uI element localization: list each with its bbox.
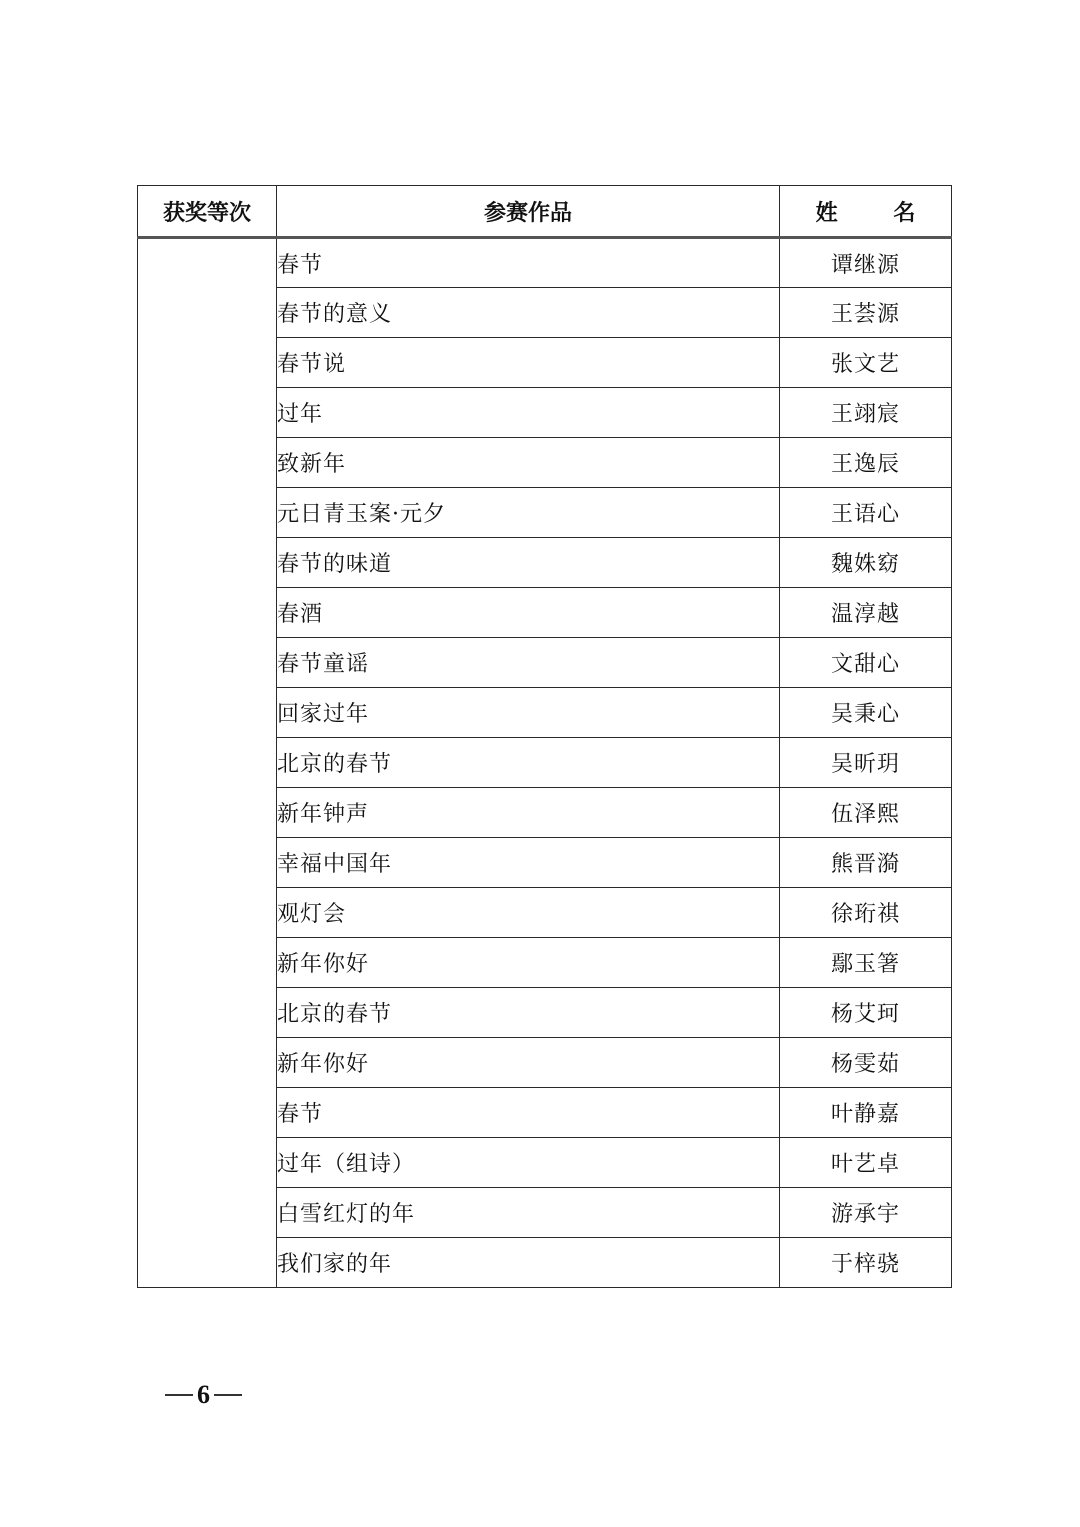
entry-work-cell: 幸福中国年 bbox=[277, 838, 780, 888]
entrant-name-cell: 叶艺卓 bbox=[780, 1138, 952, 1188]
entry-work-cell: 白雪红灯的年 bbox=[277, 1188, 780, 1238]
header-award-rank: 获奖等次 bbox=[138, 186, 277, 238]
entrant-name-cell: 杨艾珂 bbox=[780, 988, 952, 1038]
entry-work-cell: 观灯会 bbox=[277, 888, 780, 938]
entry-work-cell: 春节童谣 bbox=[277, 638, 780, 688]
entrant-name-cell: 吴秉心 bbox=[780, 688, 952, 738]
entrant-name-cell: 杨雯茹 bbox=[780, 1038, 952, 1088]
entry-work-cell: 回家过年 bbox=[277, 688, 780, 738]
entry-work-cell: 春节 bbox=[277, 238, 780, 288]
entry-work-cell: 新年你好 bbox=[277, 938, 780, 988]
entry-work-cell: 新年你好 bbox=[277, 1038, 780, 1088]
header-name-label: 姓 名 bbox=[816, 201, 940, 226]
page-number-value: 6 bbox=[197, 1380, 210, 1410]
entrant-name-cell: 王翊宸 bbox=[780, 388, 952, 438]
entrant-name-cell: 叶静嘉 bbox=[780, 1088, 952, 1138]
entrant-name-cell: 伍泽熙 bbox=[780, 788, 952, 838]
entrant-name-cell: 游承宇 bbox=[780, 1188, 952, 1238]
entry-work-cell: 春节 bbox=[277, 1088, 780, 1138]
entry-work-cell: 春节的味道 bbox=[277, 538, 780, 588]
award-rank-cell bbox=[138, 238, 277, 1288]
entrant-name-cell: 王荟源 bbox=[780, 288, 952, 338]
table-body: 春节谭继源春节的意义王荟源春节说张文艺过年王翊宸致新年王逸辰元日青玉案·元夕王语… bbox=[138, 238, 952, 1288]
entry-work-cell: 我们家的年 bbox=[277, 1238, 780, 1288]
entrant-name-cell: 于梓骁 bbox=[780, 1238, 952, 1288]
entry-work-cell: 北京的春节 bbox=[277, 988, 780, 1038]
table-header-row: 获奖等次 参赛作品 姓 名 bbox=[138, 186, 952, 238]
header-entry-work: 参赛作品 bbox=[277, 186, 780, 238]
entrant-name-cell: 鄢玉箸 bbox=[780, 938, 952, 988]
entrant-name-cell: 文甜心 bbox=[780, 638, 952, 688]
dash-left bbox=[165, 1394, 193, 1396]
entry-work-cell: 过年 bbox=[277, 388, 780, 438]
header-name: 姓 名 bbox=[780, 186, 952, 238]
entrant-name-cell: 张文艺 bbox=[780, 338, 952, 388]
entrant-name-cell: 王语心 bbox=[780, 488, 952, 538]
entry-work-cell: 过年（组诗） bbox=[277, 1138, 780, 1188]
entrant-name-cell: 王逸辰 bbox=[780, 438, 952, 488]
entry-work-cell: 致新年 bbox=[277, 438, 780, 488]
page-number: 6 bbox=[165, 1380, 242, 1410]
table-row: 春节谭继源 bbox=[138, 238, 952, 288]
dash-right bbox=[214, 1394, 242, 1396]
entry-work-cell: 春酒 bbox=[277, 588, 780, 638]
entrant-name-cell: 徐珩祺 bbox=[780, 888, 952, 938]
entrant-name-cell: 魏姝窈 bbox=[780, 538, 952, 588]
entrant-name-cell: 谭继源 bbox=[780, 238, 952, 288]
entry-work-cell: 春节的意义 bbox=[277, 288, 780, 338]
entrant-name-cell: 吴昕玥 bbox=[780, 738, 952, 788]
entry-work-cell: 春节说 bbox=[277, 338, 780, 388]
awards-table: 获奖等次 参赛作品 姓 名 春节谭继源春节的意义王荟源春节说张文艺过年王翊宸致新… bbox=[137, 185, 952, 1288]
entry-work-cell: 元日青玉案·元夕 bbox=[277, 488, 780, 538]
entry-work-cell: 北京的春节 bbox=[277, 738, 780, 788]
document-page: 获奖等次 参赛作品 姓 名 春节谭继源春节的意义王荟源春节说张文艺过年王翊宸致新… bbox=[0, 0, 1080, 1527]
entrant-name-cell: 熊晋漪 bbox=[780, 838, 952, 888]
entry-work-cell: 新年钟声 bbox=[277, 788, 780, 838]
entrant-name-cell: 温淳越 bbox=[780, 588, 952, 638]
